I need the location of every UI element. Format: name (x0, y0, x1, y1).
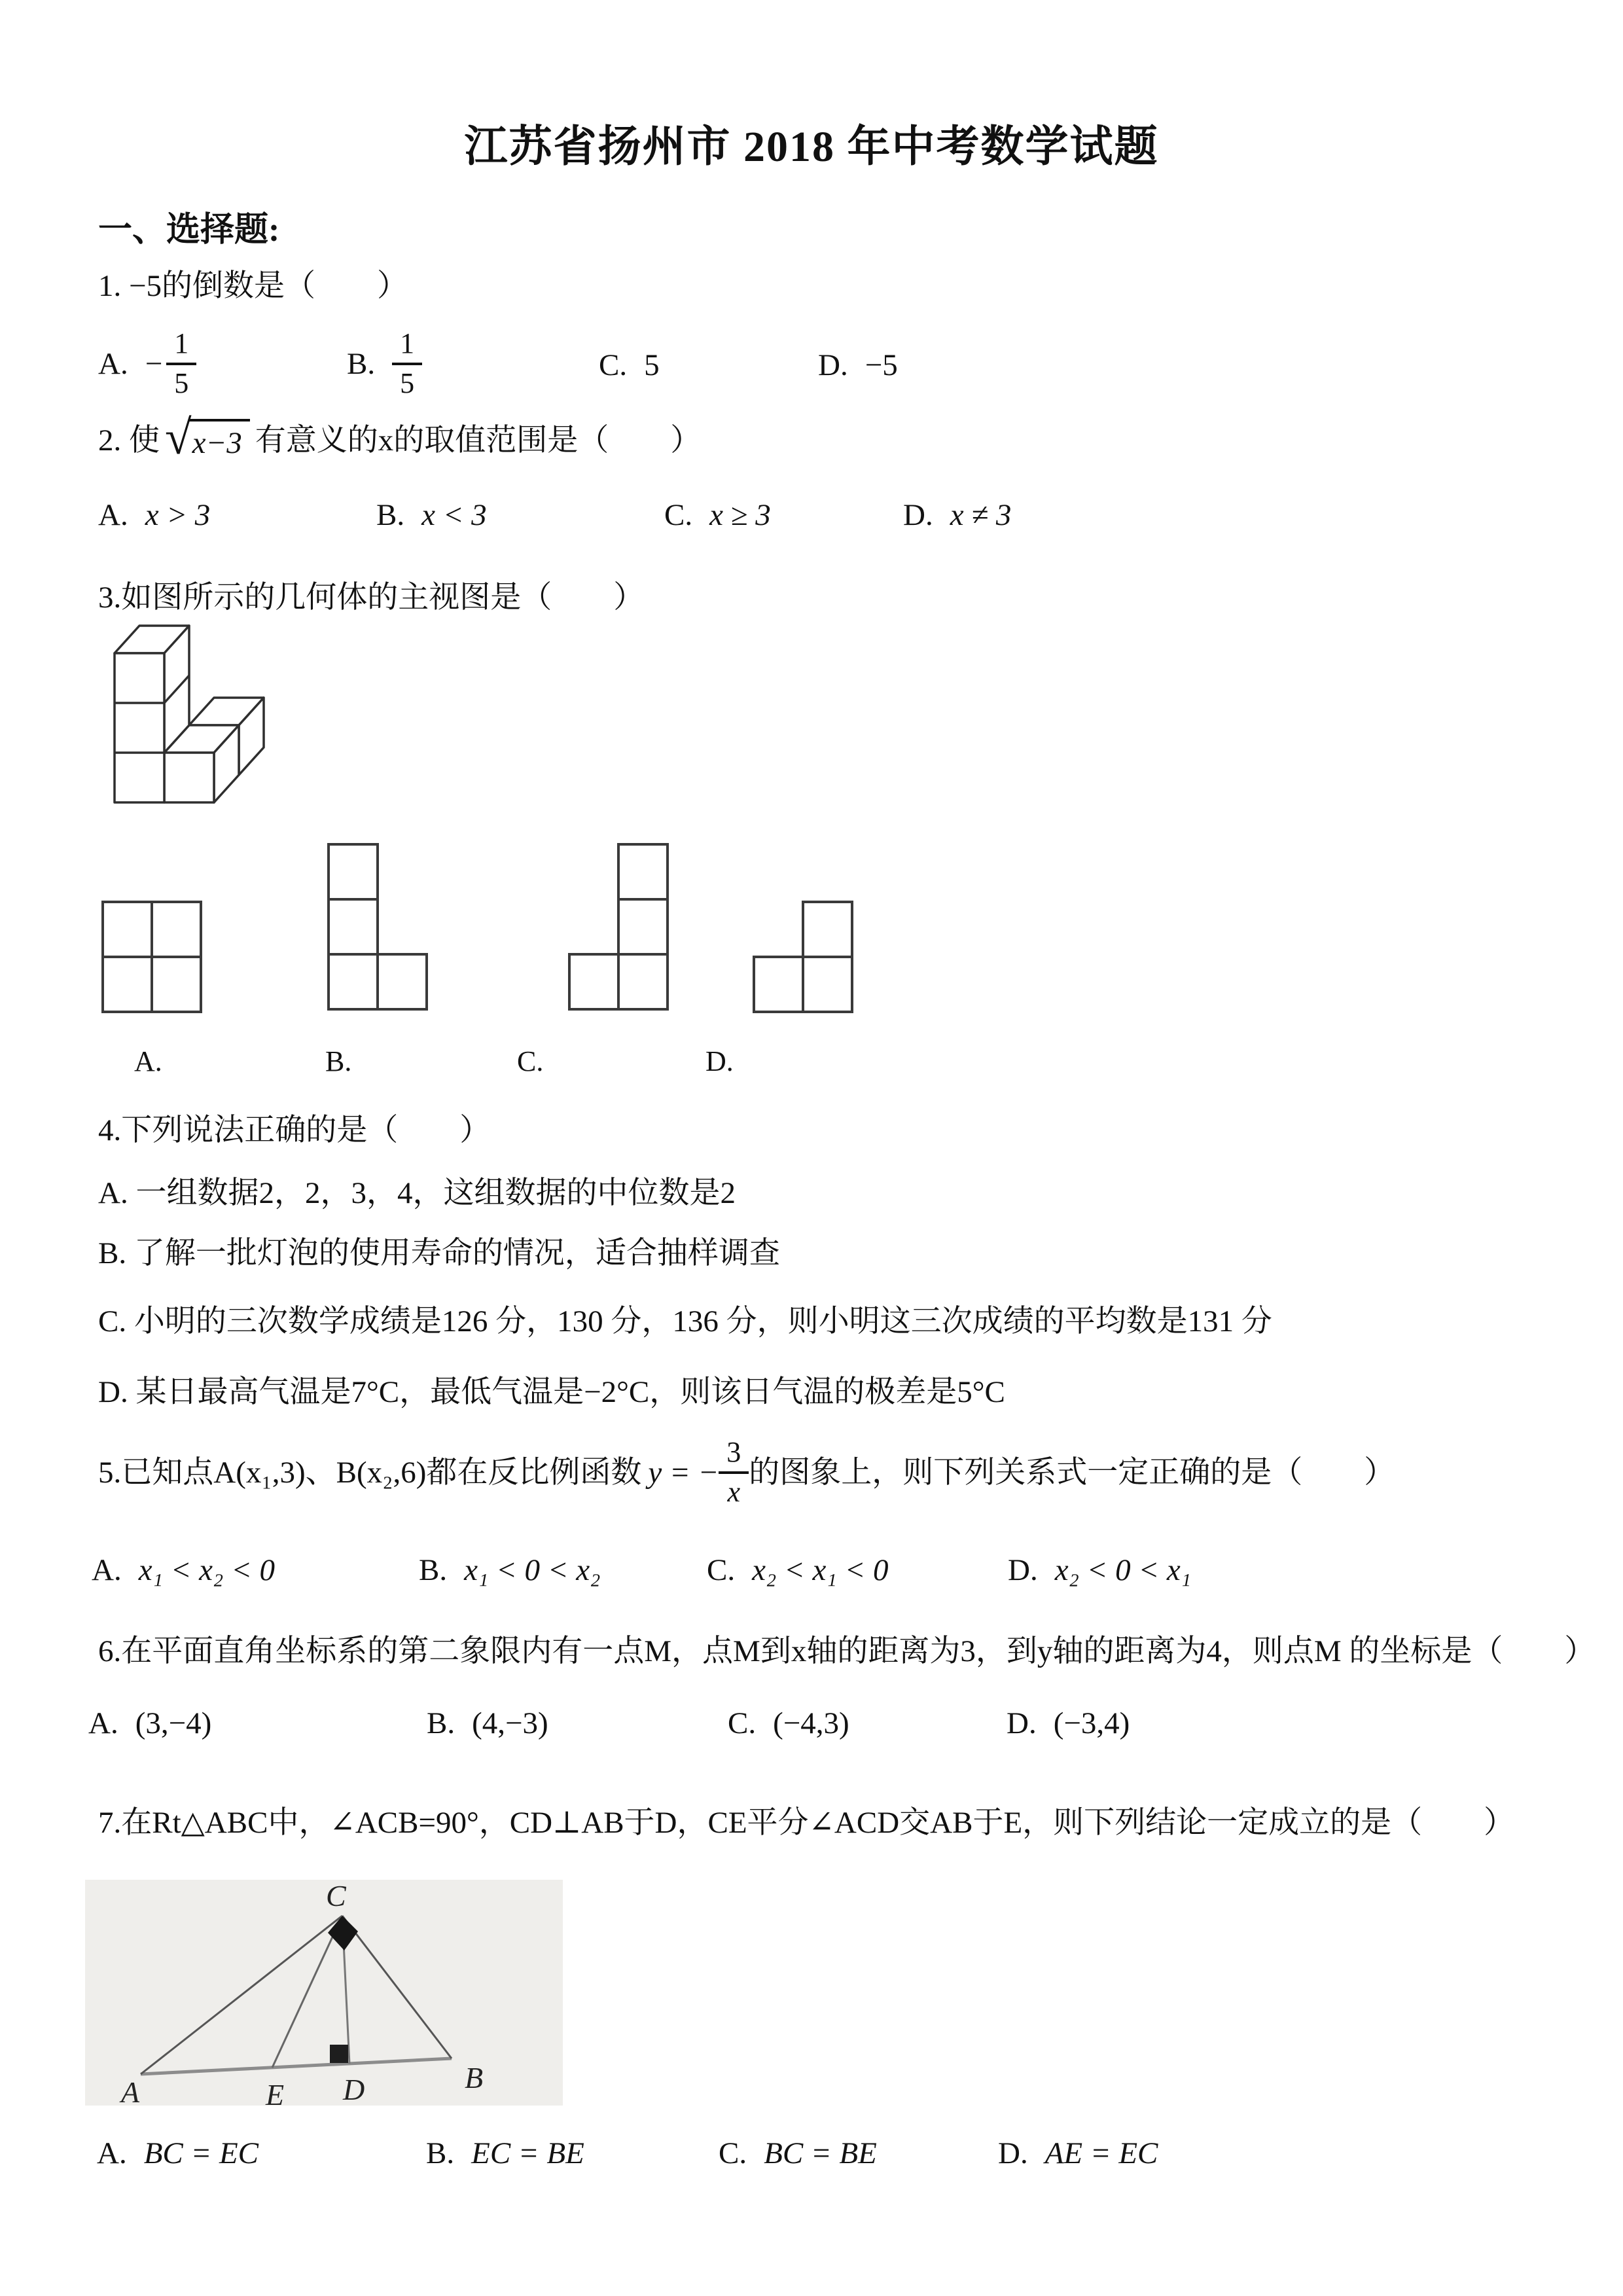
option-label: A. (98, 497, 128, 533)
option-value: (4,−3) (472, 1706, 548, 1741)
q7-stem: 7.在Rt△ABC中，∠ACB=90°，CD⊥AB于D，CE平分∠ACD交AB于… (98, 1804, 1514, 1842)
option-label: A. (88, 1706, 118, 1741)
view-grid-cell (802, 901, 853, 958)
option-label: D. (1008, 1552, 1038, 1588)
q1-stem: 1. −5的倒数是（ ） (98, 267, 408, 306)
option-label: D. (998, 2136, 1028, 2171)
fraction-denominator: 5 (166, 365, 196, 401)
option-value: x₁ < 0 < x₂ (464, 1552, 600, 1588)
line-CB (342, 1916, 452, 2058)
view-grid-cell (802, 956, 853, 1013)
triangle-figure: C A E D B (85, 1880, 563, 2106)
view-grid-cell (617, 843, 669, 901)
q2-stem-pre: 2. 使 (98, 422, 160, 460)
option-label: D. (903, 497, 933, 533)
vertex-label-A: A (119, 2075, 140, 2106)
q4-option-d: D. 某日最高气温是7°C，最低气温是−2°C，则该日气温的极差是5°C (98, 1373, 1005, 1412)
angle-marker-at-C (328, 1916, 358, 1950)
q4-stem: 4.下列说法正确的是（ ） (98, 1111, 490, 1150)
q6-option-b: B. (4,−3) (427, 1706, 548, 1741)
base-line-AB (141, 2058, 452, 2074)
option-value: 5 (644, 348, 660, 383)
view-grid-cell (753, 956, 804, 1013)
option-label: D. (1007, 1706, 1037, 1741)
option-value: −5 (865, 348, 898, 383)
point-label-D: D (342, 2073, 365, 2106)
fraction-numerator: 3 (719, 1436, 749, 1474)
cube-front-face (164, 753, 214, 802)
option-value: AE = EC (1045, 2136, 1158, 2171)
view-grid-cell (327, 898, 379, 956)
figure-label-a: A. (134, 1045, 162, 1078)
fraction: 1 5 (392, 327, 422, 400)
figure-label-d: D. (705, 1045, 734, 1078)
vertex-label-C: C (326, 1880, 347, 1912)
line-CA (141, 1916, 342, 2074)
q2-option-d: D. x ≠ 3 (903, 497, 1011, 533)
point-label-E: E (265, 2078, 284, 2106)
q1-option-b: B. 1 5 (347, 327, 422, 400)
minus-sign: − (145, 346, 163, 382)
q5-option-c: C. x₂ < x₁ < 0 (707, 1552, 888, 1588)
view-grid-cell (617, 953, 669, 1011)
option-label: C. (728, 1706, 756, 1741)
option-value: (−4,3) (773, 1706, 849, 1741)
fraction: 1 5 (166, 327, 196, 400)
view-grid-cell (617, 898, 669, 956)
cube-solid-figure (98, 615, 294, 812)
fraction: 3 x (719, 1436, 749, 1509)
q2-stem-post: 有意义的x的取值范围是（ ） (255, 422, 702, 460)
view-grid-cell (327, 953, 379, 1011)
option-label: A. (97, 2136, 127, 2171)
square-root: √ x−3 (165, 419, 250, 463)
option-label: B. (427, 1706, 455, 1741)
vertex-label-B: B (465, 2061, 483, 2094)
option-label: B. (426, 2136, 454, 2171)
q5-formula-lhs: y = − (648, 1454, 719, 1492)
option-value: x₂ < 0 < x₁ (1055, 1552, 1191, 1588)
option-value: (3,−4) (135, 1706, 212, 1741)
option-label: C. (664, 497, 692, 533)
q1-option-a: A. − 1 5 (98, 327, 196, 400)
q2-option-c: C. x ≥ 3 (664, 497, 771, 533)
option-value: x > 3 (145, 497, 211, 533)
q5-option-d: D. x₂ < 0 < x₁ (1008, 1552, 1191, 1588)
option-value: x ≥ 3 (709, 497, 771, 533)
triangle-svg: C A E D B (85, 1880, 563, 2106)
q7-option-a: A. BC = EC (97, 2136, 259, 2171)
option-label: D. (818, 348, 848, 383)
view-grid-cell (376, 953, 428, 1011)
view-grid-cell (568, 953, 620, 1011)
view-grid-cell (101, 901, 153, 958)
page-title: 江苏省扬州市 2018 年中考数学试题 (0, 111, 1623, 173)
q1-option-c: C. 5 (599, 348, 660, 383)
q6-option-d: D. (−3,4) (1007, 1706, 1130, 1741)
q4-option-a: A. 一组数据2，2，3，4，这组数据的中位数是2 (98, 1174, 736, 1213)
radical-sign: √ (165, 419, 192, 457)
figure-label-b: B. (325, 1045, 351, 1078)
option-label: C. (707, 1552, 735, 1588)
q7-option-d: D. AE = EC (998, 2136, 1158, 2171)
option-label: A. (98, 346, 128, 382)
q6-option-c: C. (−4,3) (728, 1706, 849, 1741)
option-value: x < 3 (421, 497, 487, 533)
q1-option-d: D. −5 (818, 348, 898, 383)
option-label: C. (599, 348, 627, 383)
view-grid-cell (151, 956, 202, 1013)
fraction-denominator: 5 (392, 365, 422, 401)
q6-stem: 6.在平面直角坐标系的第二象限内有一点M，点M到x轴的距离为3，到y轴的距离为4… (98, 1632, 1595, 1671)
option-value: EC = BE (471, 2136, 584, 2171)
q7-option-c: C. BC = BE (719, 2136, 877, 2171)
option-value: BC = BE (764, 2136, 877, 2171)
q5-option-b: B. x₁ < 0 < x₂ (419, 1552, 600, 1588)
right-angle-marker (330, 2045, 348, 2063)
view-grid-cell (327, 843, 379, 901)
q5-stem-pre: 5.已知点A(x₁,3)、B(x₂,6)都在反比例函数 (98, 1454, 641, 1492)
view-grid-cell (101, 956, 153, 1013)
q3-stem: 3.如图所示的几何体的主视图是（ ） (98, 579, 644, 617)
q4-option-c: C. 小明的三次数学成绩是126 分，130 分，136 分，则小明这三次成绩的… (98, 1302, 1272, 1341)
option-label: C. (719, 2136, 747, 2171)
option-label: B. (419, 1552, 447, 1588)
q2-option-b: B. x < 3 (376, 497, 487, 533)
option-label: B. (376, 497, 404, 533)
section-heading: 一、选择题: (98, 202, 279, 251)
option-value: (−3,4) (1054, 1706, 1130, 1741)
option-label: A. (92, 1552, 122, 1588)
option-value: x₂ < x₁ < 0 (752, 1552, 888, 1588)
exam-paper-page: 江苏省扬州市 2018 年中考数学试题 一、选择题: 1. −5的倒数是（ ） … (0, 0, 1623, 2296)
option-value: x ≠ 3 (950, 497, 1012, 533)
q7-option-b: B. EC = BE (426, 2136, 584, 2171)
q2-option-a: A. x > 3 (98, 497, 210, 533)
cube-front-face (115, 653, 164, 802)
q6-option-a: A. (3,−4) (88, 1706, 211, 1741)
option-value: BC = EC (144, 2136, 259, 2171)
q4-option-b: B. 了解一批灯泡的使用寿命的情况，适合抽样调查 (98, 1234, 780, 1273)
q5-stem-post: 的图象上，则下列关系式一定正确的是（ ） (749, 1454, 1395, 1492)
fraction-numerator: 1 (166, 327, 196, 365)
fraction-numerator: 1 (392, 327, 422, 365)
option-value: x₁ < x₂ < 0 (139, 1552, 275, 1588)
radicand: x−3 (188, 419, 250, 463)
fraction-denominator: x (719, 1474, 749, 1509)
q5-stem: 5.已知点A(x₁,3)、B(x₂,6)都在反比例函数 y = − 3 x 的图… (98, 1435, 1395, 1511)
figure-label-c: C. (517, 1045, 543, 1078)
q2-stem: 2. 使 √ x−3 有意义的x的取值范围是（ ） (98, 414, 701, 467)
q5-option-a: A. x₁ < x₂ < 0 (92, 1552, 275, 1588)
view-grid-cell (151, 901, 202, 958)
option-label: B. (347, 346, 375, 382)
